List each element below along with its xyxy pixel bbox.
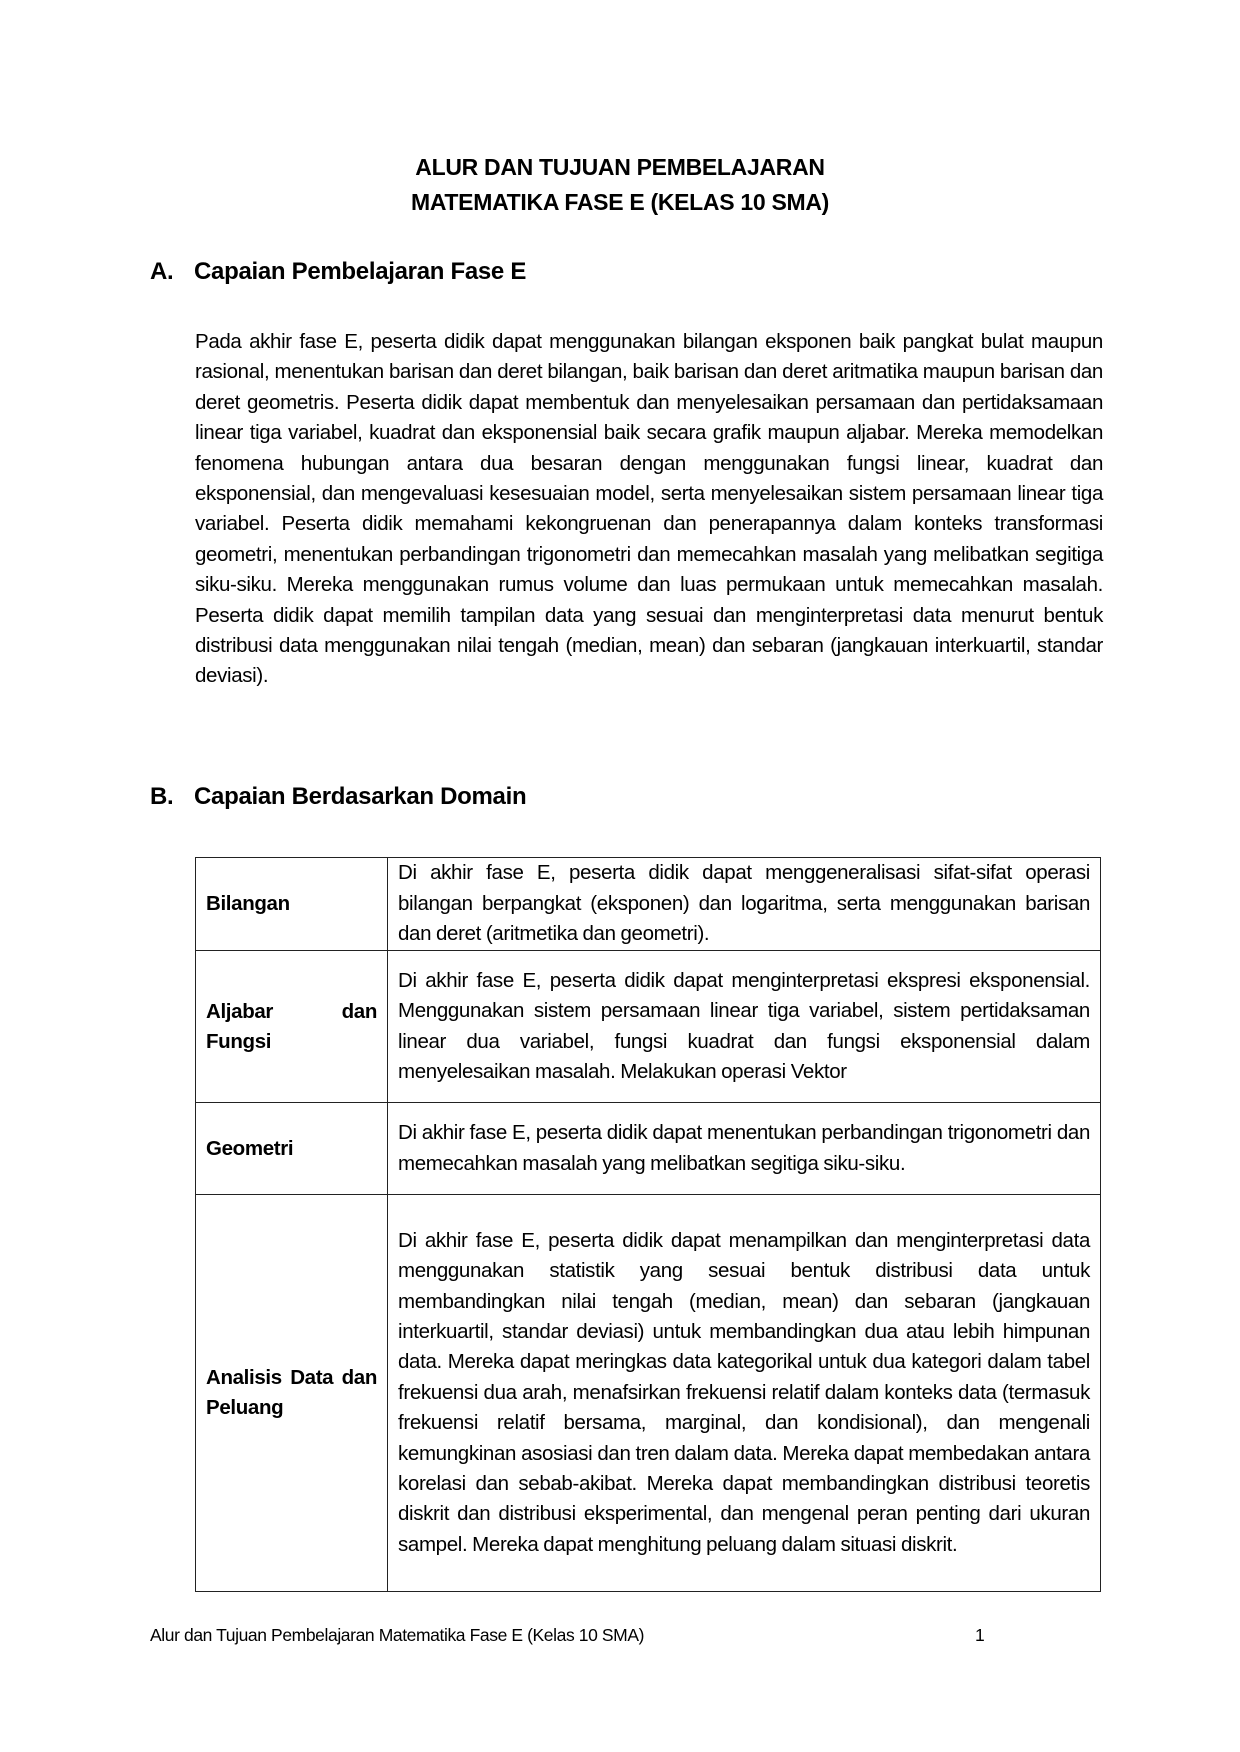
section-a-number: A. [150,258,194,286]
document-page: ALUR DAN TUJUAN PEMBELAJARAN MATEMATIKA … [0,0,1240,1752]
domain-name-cell: Aljabar dan Fungsi [196,951,388,1103]
section-a-heading: A.Capaian Pembelajaran Fase E [150,258,526,286]
domain-description-cell: Di akhir fase E, peserta didik dapat men… [388,1195,1101,1592]
document-title-line-2: MATEMATIKA FASE E (KELAS 10 SMA) [0,185,1240,220]
section-b-number: B. [150,783,194,811]
table-row: Analisis Data dan Peluang Di akhir fase … [196,1195,1101,1592]
page-number: 1 [975,1625,984,1646]
document-title: ALUR DAN TUJUAN PEMBELAJARAN MATEMATIKA … [0,150,1240,220]
table-row: Geometri Di akhir fase E, peserta didik … [196,1103,1101,1195]
domain-description-cell: Di akhir fase E, peserta didik dapat men… [388,951,1101,1103]
domain-name-cell: Analisis Data dan Peluang [196,1195,388,1592]
footer-title: Alur dan Tujuan Pembelajaran Matematika … [150,1625,644,1646]
document-title-line-1: ALUR DAN TUJUAN PEMBELAJARAN [0,150,1240,185]
domain-description-cell: Di akhir fase E, peserta didik dapat men… [388,858,1101,951]
table-row: Bilangan Di akhir fase E, peserta didik … [196,858,1101,951]
section-b-title: Capaian Berdasarkan Domain [194,783,526,810]
section-b-heading: B.Capaian Berdasarkan Domain [150,783,526,811]
section-a-title: Capaian Pembelajaran Fase E [194,258,526,285]
table-row: Aljabar dan Fungsi Di akhir fase E, pese… [196,951,1101,1103]
domain-name-cell: Bilangan [196,858,388,951]
domain-table: Bilangan Di akhir fase E, peserta didik … [195,857,1101,1592]
section-a-paragraph: Pada akhir fase E, peserta didik dapat m… [195,327,1103,692]
domain-description-cell: Di akhir fase E, peserta didik dapat men… [388,1103,1101,1195]
domain-name-cell: Geometri [196,1103,388,1195]
